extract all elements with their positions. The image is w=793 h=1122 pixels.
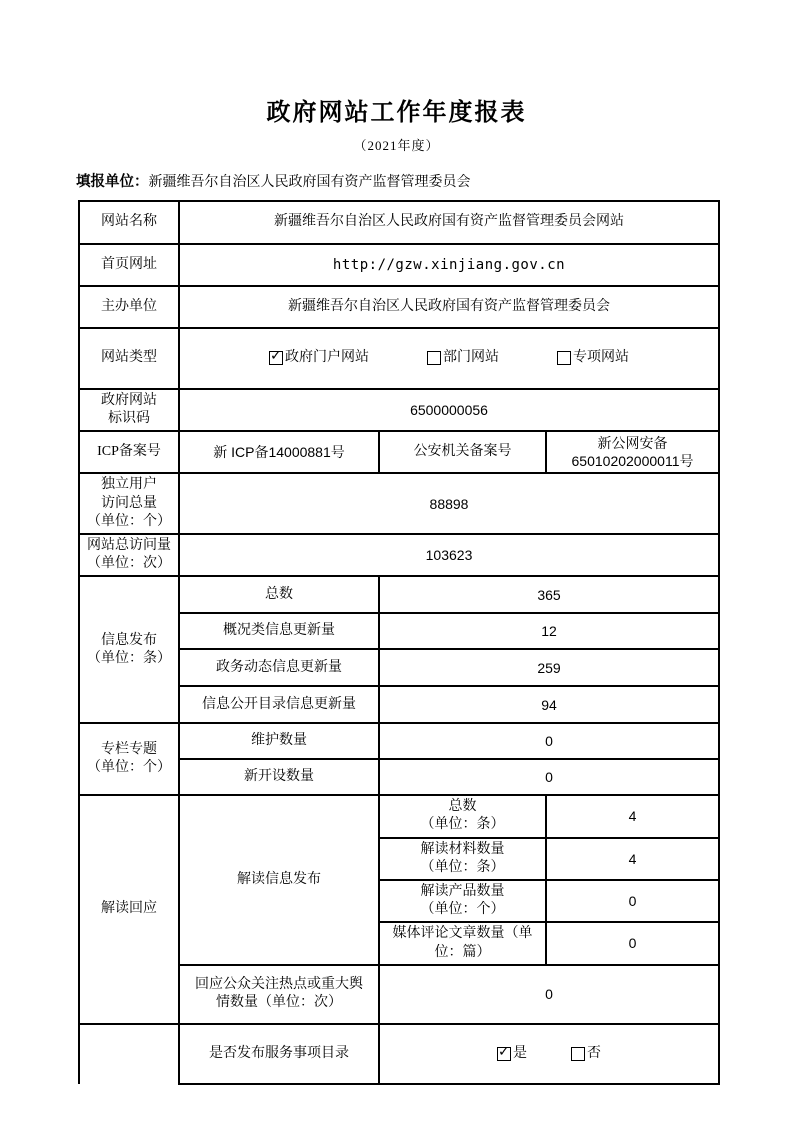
page-title: 政府网站工作年度报表 [0, 0, 793, 127]
total-visits-value: 103623 [179, 534, 719, 576]
row-unique-visitors: 独立用户 访问总量 （单位：个） 88898 [79, 473, 719, 534]
site-type-option-portal-label: 政府门户网站 [285, 349, 369, 367]
row-site-code: 政府网站 标识码 6500000056 [79, 389, 719, 431]
service-catalog-yes-label: 是 [513, 1045, 527, 1063]
row-service-catalog: 是否发布服务事项目录 ✓ 是 否 [79, 1024, 719, 1085]
interpretation-row-value: 0 [546, 880, 719, 922]
row-info-release-total: 信息发布 （单位：条） 总数 365 [79, 576, 719, 613]
info-release-row-value: 365 [379, 576, 719, 613]
service-catalog-label: 是否发布服务事项目录 [179, 1024, 379, 1085]
row-site-type: 网站类型 ✓ 政府门户网站 部门网站 专项网站 [79, 328, 719, 389]
row-total-visits: 网站总访问量 （单位：次） 103623 [79, 534, 719, 576]
total-visits-label: 网站总访问量 （单位：次） [79, 534, 179, 576]
info-release-row-label: 信息公开目录信息更新量 [179, 686, 379, 723]
info-release-row-value: 259 [379, 649, 719, 686]
site-type-option-department: 部门网站 [427, 349, 499, 367]
service-catalog-no-label: 否 [587, 1045, 601, 1063]
row-site-name: 网站名称 新疆维吾尔自治区人民政府国有资产监督管理委员会网站 [79, 201, 719, 244]
special-columns-row-value: 0 [379, 759, 719, 795]
interpretation-row-label: 解读材料数量 （单位：条） [379, 838, 546, 880]
unchecked-checkbox-icon [427, 351, 441, 365]
row-home-url: 首页网址 http://gzw.xinjiang.gov.cn [79, 244, 719, 286]
service-catalog-options: ✓ 是 否 [379, 1024, 719, 1085]
row-icp: ICP备案号 新 ICP备14000881号 公安机关备案号 新公网安备 650… [79, 431, 719, 473]
special-columns-section-label: 专栏专题 （单位：个） [79, 723, 179, 795]
home-url-value: http://gzw.xinjiang.gov.cn [179, 244, 719, 286]
checked-checkbox-icon: ✓ [497, 1047, 511, 1061]
site-type-label: 网站类型 [79, 328, 179, 389]
interpretation-row-label: 媒体评论文章数量（单 位：篇） [379, 922, 546, 964]
interpretation-row-label: 解读产品数量 （单位：个） [379, 880, 546, 922]
host-unit-value: 新疆维吾尔自治区人民政府国有资产监督管理委员会 [179, 286, 719, 328]
site-code-label: 政府网站 标识码 [79, 389, 179, 431]
host-unit-label: 主办单位 [79, 286, 179, 328]
unique-visitors-value: 88898 [179, 473, 719, 534]
report-unit-value: 新疆维吾尔自治区人民政府国有资产监督管理委员会 [149, 175, 471, 190]
info-release-row-value: 12 [379, 613, 719, 649]
special-columns-row-label: 新开设数量 [179, 759, 379, 795]
info-release-row-label: 总数 [179, 576, 379, 613]
special-columns-row-label: 维护数量 [179, 723, 379, 759]
public-response-label: 回应公众关注热点或重大舆 情数量（单位：次） [179, 965, 379, 1024]
site-type-option-special-label: 专项网站 [573, 349, 629, 367]
interpretation-row-value: 0 [546, 922, 719, 964]
page-subtitle: （2021年度） [0, 135, 793, 154]
interpretation-row-label: 总数 （单位：条） [379, 795, 546, 837]
info-release-row-label: 政务动态信息更新量 [179, 649, 379, 686]
service-catalog-yes: ✓ 是 [497, 1045, 527, 1063]
checked-checkbox-icon: ✓ [269, 351, 283, 365]
site-type-option-special: 专项网站 [557, 349, 629, 367]
site-name-label: 网站名称 [79, 201, 179, 244]
check-mark-icon: ✓ [270, 349, 282, 363]
annual-report-table: 网站名称 新疆维吾尔自治区人民政府国有资产监督管理委员会网站 首页网址 http… [78, 200, 720, 1085]
check-mark-icon: ✓ [498, 1045, 510, 1059]
interpretation-row-value: 4 [546, 795, 719, 837]
report-unit-line: 填报单位：新疆维吾尔自治区人民政府国有资产监督管理委员会 [76, 170, 793, 191]
service-catalog-no: 否 [571, 1045, 601, 1063]
police-record-label: 公安机关备案号 [379, 431, 546, 473]
home-url-label: 首页网址 [79, 244, 179, 286]
interpretation-release-label: 解读信息发布 [179, 795, 379, 965]
unchecked-checkbox-icon [571, 1047, 585, 1061]
police-record-value: 新公网安备 65010202000011号 [546, 431, 719, 473]
info-release-row-label: 概况类信息更新量 [179, 613, 379, 649]
row-interpretation-total: 解读回应 解读信息发布 总数 （单位：条） 4 [79, 795, 719, 837]
info-release-section-label: 信息发布 （单位：条） [79, 576, 179, 723]
unchecked-checkbox-icon [557, 351, 571, 365]
site-name-value: 新疆维吾尔自治区人民政府国有资产监督管理委员会网站 [179, 201, 719, 244]
site-type-option-department-label: 部门网站 [443, 349, 499, 367]
report-unit-label: 填报单位： [76, 174, 149, 190]
site-code-value: 6500000056 [179, 389, 719, 431]
site-type-option-portal: ✓ 政府门户网站 [269, 349, 369, 367]
icp-label: ICP备案号 [79, 431, 179, 473]
interpretation-row-value: 4 [546, 838, 719, 880]
row-special-columns-maintained: 专栏专题 （单位：个） 维护数量 0 [79, 723, 719, 759]
icp-value: 新 ICP备14000881号 [179, 431, 379, 473]
public-response-value: 0 [379, 965, 719, 1024]
info-release-row-value: 94 [379, 686, 719, 723]
interpretation-section-label: 解读回应 [79, 795, 179, 1024]
site-type-options: ✓ 政府门户网站 部门网站 专项网站 [179, 328, 719, 389]
report-page: 政府网站工作年度报表 （2021年度） 填报单位：新疆维吾尔自治区人民政府国有资… [0, 0, 793, 1122]
special-columns-row-value: 0 [379, 723, 719, 759]
truncated-section-cell [79, 1024, 179, 1085]
row-host-unit: 主办单位 新疆维吾尔自治区人民政府国有资产监督管理委员会 [79, 286, 719, 328]
unique-visitors-label: 独立用户 访问总量 （单位：个） [79, 473, 179, 534]
